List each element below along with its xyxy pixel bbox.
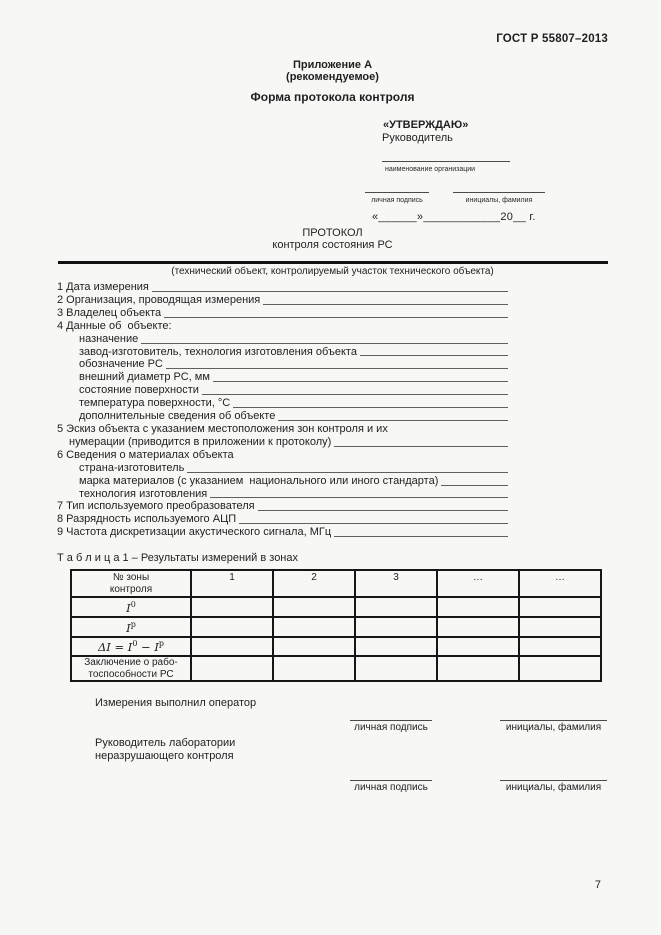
form-line-label: 1 Дата измерения <box>57 281 149 294</box>
form-line-label: 8 Разрядность используемого АЦП <box>57 513 236 526</box>
standard-reference: ГОСТ Р 55807–2013 <box>57 0 608 45</box>
form-line-label: обозначение РС <box>79 358 163 371</box>
fill-line <box>210 488 508 499</box>
approval-signature-row: личная подпись инициалы, фамилия <box>365 184 565 207</box>
form-line: 3 Владелец объекта <box>57 307 508 320</box>
lab-head-signature-row: личная подпись инициалы, фамилия <box>350 772 608 793</box>
table-cell <box>273 637 355 656</box>
form-line: марка материалов (с указанием национальн… <box>57 475 508 488</box>
row-label-ip: Iр <box>71 617 191 637</box>
column-header: 3 <box>355 570 437 597</box>
fill-line <box>164 307 508 318</box>
name-caption: инициалы, фамилия <box>500 782 607 793</box>
fill-line <box>213 371 508 382</box>
signature-fill-line <box>365 184 429 193</box>
fill-line <box>441 475 508 486</box>
form-line: 4 Данные об объекте: <box>57 320 508 333</box>
signature-caption: личная подпись <box>350 722 432 733</box>
name-fill-line <box>453 184 545 193</box>
table-cell <box>519 637 601 656</box>
form-line-label: 4 Данные об объекте: <box>57 320 172 333</box>
column-header: … <box>519 570 601 597</box>
table-cell <box>355 597 437 617</box>
form-line-label: 5 Эскиз объекта с указанием местоположен… <box>57 423 388 436</box>
form-line: состояние поверхности <box>57 384 508 397</box>
signature-slot: личная подпись <box>350 712 432 733</box>
table-cell <box>519 597 601 617</box>
signature-fill-line <box>350 772 432 781</box>
form-line: технология изготовления <box>57 488 508 501</box>
table-cell <box>437 597 519 617</box>
form-line-label: температура поверхности, °С <box>79 397 230 410</box>
row-label-delta: ΔI = I0 − Iр <box>71 637 191 656</box>
form-line: 5 Эскиз объекта с указанием местоположен… <box>57 423 508 436</box>
fill-line <box>239 513 508 524</box>
conclusion-line2: тоспособности РС <box>72 669 190 681</box>
form-line-label: марка материалов (с указанием национальн… <box>79 475 438 488</box>
page-content: ГОСТ Р 55807–2013 Приложение А (рекоменд… <box>57 0 608 793</box>
table-row-ip: Iр <box>71 617 601 637</box>
fill-line <box>334 526 508 537</box>
object-name-rule <box>58 261 608 264</box>
form-line-label: назначение <box>79 333 138 346</box>
form-line: 6 Сведения о материалах объекта <box>57 449 508 462</box>
fill-line <box>334 436 508 447</box>
row-label-i0: I0 <box>71 597 191 617</box>
name-fill-line <box>500 712 607 721</box>
table-cell <box>191 617 273 637</box>
form-line: дополнительные сведения об объекте <box>57 410 508 423</box>
fill-line <box>166 358 508 369</box>
name-slot: инициалы, фамилия <box>453 184 545 207</box>
conclusion-line1: Заключение о рабо- <box>72 657 190 669</box>
form-line: 7 Тип используемого преобразователя <box>57 500 508 513</box>
object-caption: (технический объект, контролируемый учас… <box>57 266 608 277</box>
zone-header-line1: № зоны <box>72 572 190 584</box>
name-fill-line <box>500 772 607 781</box>
fill-line <box>258 500 508 511</box>
form-item-list: 1 Дата измерения 2 Организация, проводящ… <box>57 281 508 539</box>
zone-header-line2: контроля <box>72 584 190 596</box>
form-line-label: 9 Частота дискретизации акустического си… <box>57 526 331 539</box>
table-header-row: № зоны контроля 1 2 3 … … <box>71 570 601 597</box>
results-table: № зоны контроля 1 2 3 … … I0 <box>70 569 602 682</box>
form-line-label: технология изготовления <box>79 488 207 501</box>
form-line-label: 6 Сведения о материалах объекта <box>57 449 234 462</box>
form-line-label: нумерации (приводится в приложении к про… <box>69 436 331 449</box>
fill-line <box>278 410 508 421</box>
organization-fill-line <box>382 154 510 162</box>
table-cell <box>273 597 355 617</box>
form-line-label: 2 Организация, проводящая измерения <box>57 294 260 307</box>
signature-caption: личная подпись <box>350 782 432 793</box>
form-line-label: внешний диаметр РС, мм <box>79 371 210 384</box>
operator-label: Измерения выполнил оператор <box>95 697 608 709</box>
form-line-label: страна-изготовитель <box>79 462 184 475</box>
form-line-label: 7 Тип используемого преобразователя <box>57 500 255 513</box>
name-caption: инициалы, фамилия <box>500 722 607 733</box>
table-cell <box>355 637 437 656</box>
signature-fill-line <box>350 712 432 721</box>
form-line: нумерации (приводится в приложении к про… <box>57 436 508 449</box>
table-cell <box>191 597 273 617</box>
column-header: … <box>437 570 519 597</box>
signature-slot: личная подпись <box>365 184 429 207</box>
protocol-subtitle: контроля состояния РС <box>57 239 608 251</box>
table-cell <box>355 656 437 681</box>
form-title: Форма протокола контроля <box>57 90 608 104</box>
table-cell <box>273 656 355 681</box>
form-line: 8 Разрядность используемого АЦП <box>57 513 508 526</box>
zone-header-cell: № зоны контроля <box>71 570 191 597</box>
form-line-label: состояние поверхности <box>79 384 199 397</box>
form-line: 9 Частота дискретизации акустического си… <box>57 526 508 539</box>
form-line-label: завод-изготовитель, технология изготовле… <box>79 346 357 359</box>
lab-head-label: Руководитель лаборатории неразрушающего … <box>95 737 608 763</box>
form-line: 1 Дата измерения <box>57 281 508 294</box>
form-line-label: 3 Владелец объекта <box>57 307 161 320</box>
organization-caption: наименование организации <box>385 163 565 176</box>
table-cell <box>437 637 519 656</box>
name-slot: инициалы, фамилия <box>500 772 607 793</box>
fill-line <box>152 281 508 292</box>
form-line-label: дополнительные сведения об объекте <box>79 410 275 423</box>
table-cell <box>273 617 355 637</box>
fill-line <box>360 346 508 357</box>
table-cell <box>355 617 437 637</box>
document-page: ГОСТ Р 55807–2013 Приложение А (рекоменд… <box>0 0 661 935</box>
fill-line <box>233 397 508 408</box>
appendix-note: (рекомендуемое) <box>57 71 608 83</box>
column-header: 2 <box>273 570 355 597</box>
table-cell <box>519 656 601 681</box>
table-row-delta: ΔI = I0 − Iр <box>71 637 601 656</box>
name-slot: инициалы, фамилия <box>500 712 607 733</box>
table-caption: Т а б л и ц а 1 – Результаты измерений в… <box>57 552 608 564</box>
date-fill-line: «______»____________20__ г. <box>372 211 565 224</box>
lab-head-line1: Руководитель лаборатории <box>95 737 608 750</box>
approval-stamp: «УТВЕРЖДАЮ» <box>383 119 565 132</box>
signature-slot: личная подпись <box>350 772 432 793</box>
lab-head-line2: неразрушающего контроля <box>95 750 608 763</box>
table-cell <box>437 656 519 681</box>
fill-line <box>202 384 508 395</box>
form-line: обозначение РС <box>57 358 508 371</box>
table-cell <box>437 617 519 637</box>
operator-signature-row: личная подпись инициалы, фамилия <box>350 712 608 733</box>
approval-block: «УТВЕРЖДАЮ» Руководитель наименование ор… <box>365 119 565 224</box>
page-number: 7 <box>595 879 601 891</box>
form-line: назначение <box>57 333 508 346</box>
form-line: внешний диаметр РС, мм <box>57 371 508 384</box>
table-cell <box>191 637 273 656</box>
fill-line <box>263 294 508 305</box>
appendix-heading: Приложение А <box>57 59 608 71</box>
form-line: завод-изготовитель, технология изготовле… <box>57 346 508 359</box>
form-line: температура поверхности, °С <box>57 397 508 410</box>
table-cell <box>519 617 601 637</box>
approval-role: Руководитель <box>382 132 565 145</box>
signature-caption: личная подпись <box>365 194 429 207</box>
table-row-conclusion: Заключение о рабо- тоспособности РС <box>71 656 601 681</box>
protocol-title: ПРОТОКОЛ <box>57 227 608 239</box>
row-label-conclusion: Заключение о рабо- тоспособности РС <box>71 656 191 681</box>
fill-line <box>141 333 508 344</box>
table-row-i0: I0 <box>71 597 601 617</box>
form-line: страна-изготовитель <box>57 462 508 475</box>
table-cell <box>191 656 273 681</box>
form-line: 2 Организация, проводящая измерения <box>57 294 508 307</box>
column-header: 1 <box>191 570 273 597</box>
fill-line <box>187 462 508 473</box>
name-caption: инициалы, фамилия <box>453 194 545 207</box>
